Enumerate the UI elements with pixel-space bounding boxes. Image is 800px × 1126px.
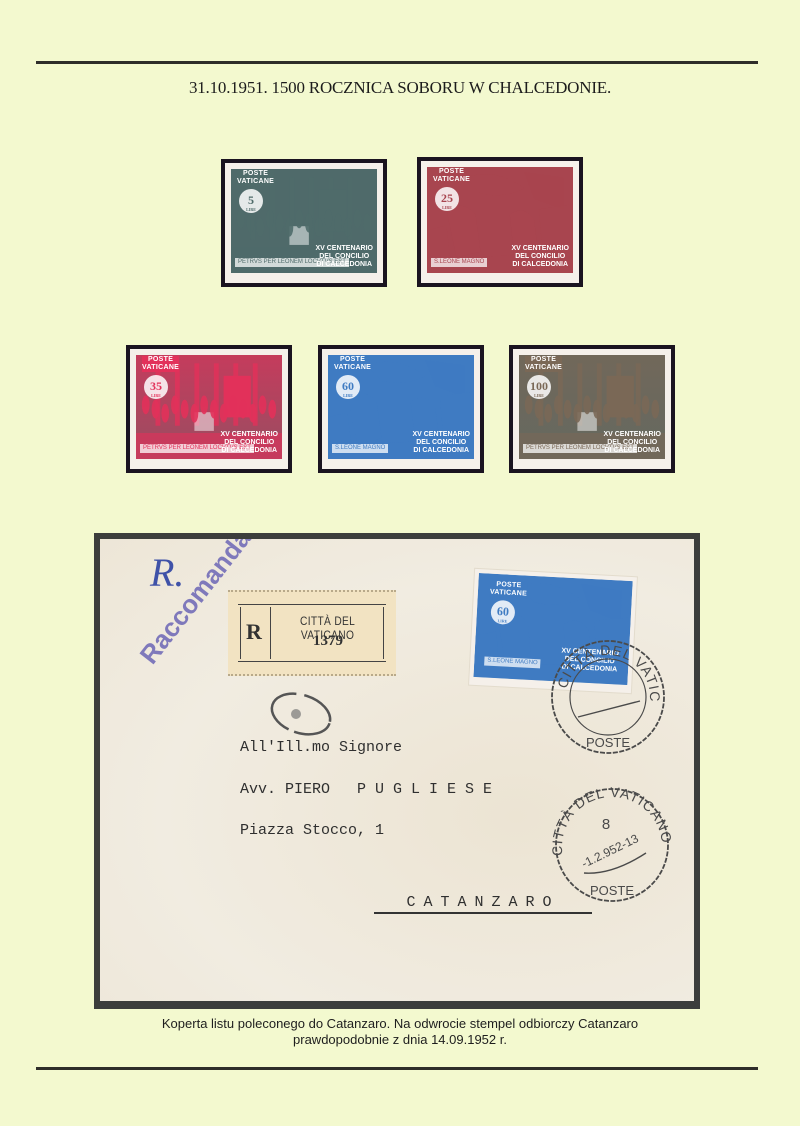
caption-line-2: prawdopodobnie z dnia 14.09.1952 r. <box>0 1032 800 1048</box>
address-line-1: All'Ill.mo Signore <box>240 739 402 756</box>
svg-text:CITTÀ DEL VATICANO: CITTÀ DEL VATICANO <box>540 622 663 702</box>
stamp-value: 25LIRE <box>435 187 459 211</box>
svg-text:POSTE: POSTE <box>590 883 634 898</box>
registration-label: R CITTÀ DEL VATICANO 1379 <box>228 590 396 676</box>
stamp-inscription: XV CENTENARIODEL CONCILIODI CALCEDONIA <box>412 431 470 455</box>
stamp-value: 5LIRE <box>239 189 263 213</box>
stamp-value: 35LIRE <box>144 375 168 399</box>
stamp-mount: POSTEVATICANE 100LIRE PETRVS PER LEONEM … <box>509 345 675 473</box>
stamp-35-lire: POSTEVATICANE 35LIRE PETRVS PER LEONEM L… <box>130 349 288 469</box>
stamp-25-lire: POSTEVATICANE 25LIRE S.LEONE MAGNO XV CE… <box>421 161 579 283</box>
stamp-value: 60LIRE <box>490 600 515 625</box>
postmark-vatican-2: CITTÀ DEL VATICANO 8 -1.2.952-13 POSTE <box>550 783 674 907</box>
stamp-inscription: XV CENTENARIODEL CONCILIODI CALCEDONIA <box>603 431 661 455</box>
stamp-100-lire: POSTEVATICANE 100LIRE PETRVS PER LEONEM … <box>513 349 671 469</box>
stamp-issuer: POSTEVATICANE <box>525 356 562 372</box>
stamp-issuer: POSTEVATICANE <box>490 581 528 599</box>
stamp-mount: POSTEVATICANE 25LIRE S.LEONE MAGNO XV CE… <box>417 157 583 287</box>
stamp-issuer: POSTEVATICANE <box>334 356 371 372</box>
stamp-mount: POSTEVATICANE 60LIRE S.LEONE MAGNO XV CE… <box>318 345 484 473</box>
stamp-scroll: S.LEONE MAGNO <box>431 258 487 267</box>
svg-text:8: 8 <box>602 816 610 833</box>
registered-envelope: R. Raccomandata R CITTÀ DEL VATICANO 137… <box>100 539 694 1001</box>
address-line-3: Piazza Stocco, 1 <box>240 822 384 839</box>
bottom-rule <box>36 1067 758 1070</box>
stamp-mount: POSTEVATICANE 35LIRE PETRVS PER LEONEM L… <box>126 345 292 473</box>
postmark-vatican-1: CITTÀ DEL VATICANO POSTE <box>546 635 670 759</box>
stamp-issuer: POSTEVATICANE <box>237 170 274 186</box>
handwritten-r-mark: R. <box>150 549 184 596</box>
postmark-icon: CITTÀ DEL VATICANO 8 -1.2.952-13 POSTE <box>550 783 674 907</box>
svg-text:POSTE: POSTE <box>586 735 630 750</box>
registration-letter: R <box>246 619 262 645</box>
postmark-icon: CITTÀ DEL VATICANO POSTE <box>546 635 670 759</box>
stamp-value: 60LIRE <box>336 375 360 399</box>
page-title: 31.10.1951. 1500 ROCZNICA SOBORU W CHALC… <box>0 78 800 98</box>
stamp-inscription: XV CENTENARIODEL CONCILIODI CALCEDONIA <box>220 431 278 455</box>
caption-line-1: Koperta listu poleconego do Catanzaro. N… <box>0 1016 800 1032</box>
svg-text:-1.2.952-13: -1.2.952-13 <box>579 831 641 871</box>
stamp-scroll: S.LEONE MAGNO <box>332 444 388 453</box>
stamp-inscription: XV CENTENARIODEL CONCILIODI CALCEDONIA <box>511 245 569 269</box>
stamp-inscription: XV CENTENARIODEL CONCILIODI CALCEDONIA <box>315 245 373 269</box>
oval-mark-icon <box>266 689 336 739</box>
stamp-60-lire: POSTEVATICANE 60LIRE S.LEONE MAGNO XV CE… <box>322 349 480 469</box>
stamp-issuer: POSTEVATICANE <box>142 356 179 372</box>
registration-number: 1379 <box>280 633 376 650</box>
stamp-value: 100LIRE <box>527 375 551 399</box>
stamp-5-lire: POSTEVATICANE 5LIRE PETRVS PER LEONEM LO… <box>225 163 383 283</box>
caption: Koperta listu poleconego do Catanzaro. N… <box>0 1016 800 1048</box>
envelope-mount: R. Raccomandata R CITTÀ DEL VATICANO 137… <box>94 533 700 1009</box>
address-line-2: Avv. PIERO P U G L I E S E <box>240 781 492 798</box>
top-rule <box>36 61 758 64</box>
stamp-issuer: POSTEVATICANE <box>433 168 470 184</box>
stamp-mount: POSTEVATICANE 5LIRE PETRVS PER LEONEM LO… <box>221 159 387 287</box>
